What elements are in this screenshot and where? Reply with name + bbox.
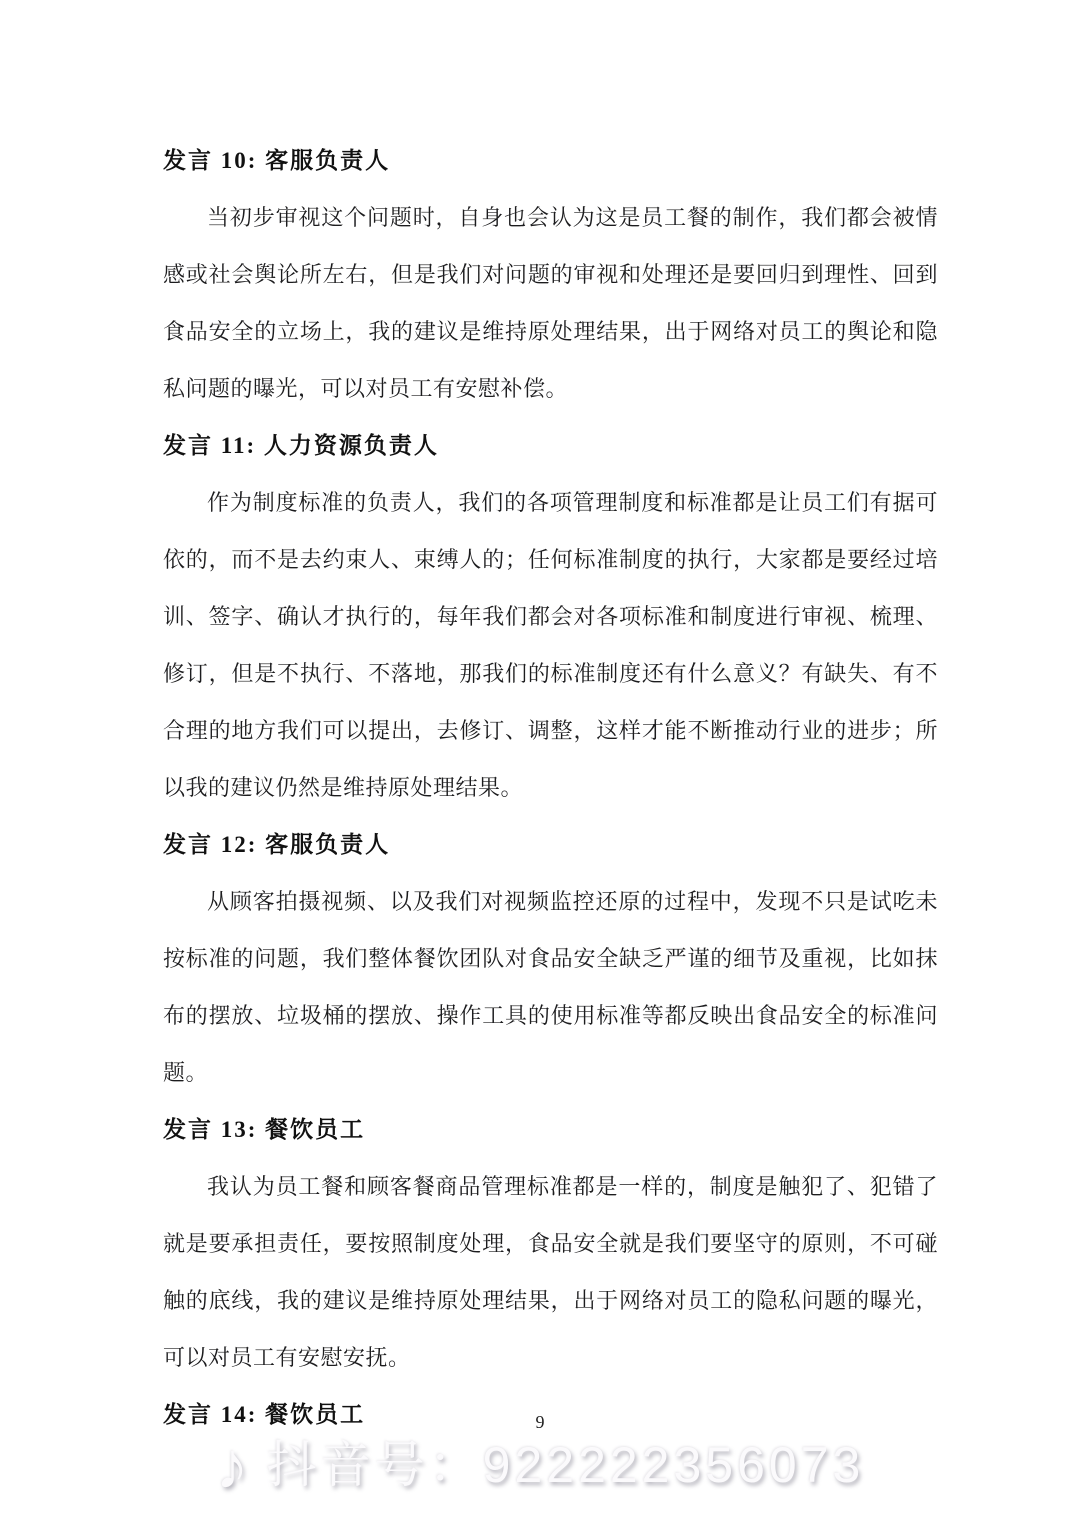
page-number: 9 <box>0 1412 1080 1433</box>
speech-10-heading: 发言 10: 客服负责人 <box>163 132 938 189</box>
speech-11-paragraph: 作为制度标准的负责人，我们的各项管理制度和标准都是让员工们有据可依的，而不是去约… <box>163 474 938 816</box>
speech-13-paragraph: 我认为员工餐和顾客餐商品管理标准都是一样的，制度是触犯了、犯错了就是要承担责任，… <box>163 1158 938 1386</box>
document-content: 发言 10: 客服负责人 当初步审视这个问题时，自身也会认为这是员工餐的制作，我… <box>163 132 938 1443</box>
speech-12-heading: 发言 12: 客服负责人 <box>163 816 938 873</box>
document-page: 发言 10: 客服负责人 当初步审视这个问题时，自身也会认为这是员工餐的制作，我… <box>0 0 1080 1528</box>
speech-11-heading: 发言 11: 人力资源负责人 <box>163 417 938 474</box>
speech-10-paragraph: 当初步审视这个问题时，自身也会认为这是员工餐的制作，我们都会被情感或社会舆论所左… <box>163 189 938 417</box>
speech-12-paragraph: 从顾客拍摄视频、以及我们对视频监控还原的过程中，发现不只是试吃未按标准的问题，我… <box>163 873 938 1101</box>
watermark-text: 抖音号：922222356073 <box>267 1435 865 1495</box>
speech-13-heading: 发言 13: 餐饮员工 <box>163 1101 938 1158</box>
